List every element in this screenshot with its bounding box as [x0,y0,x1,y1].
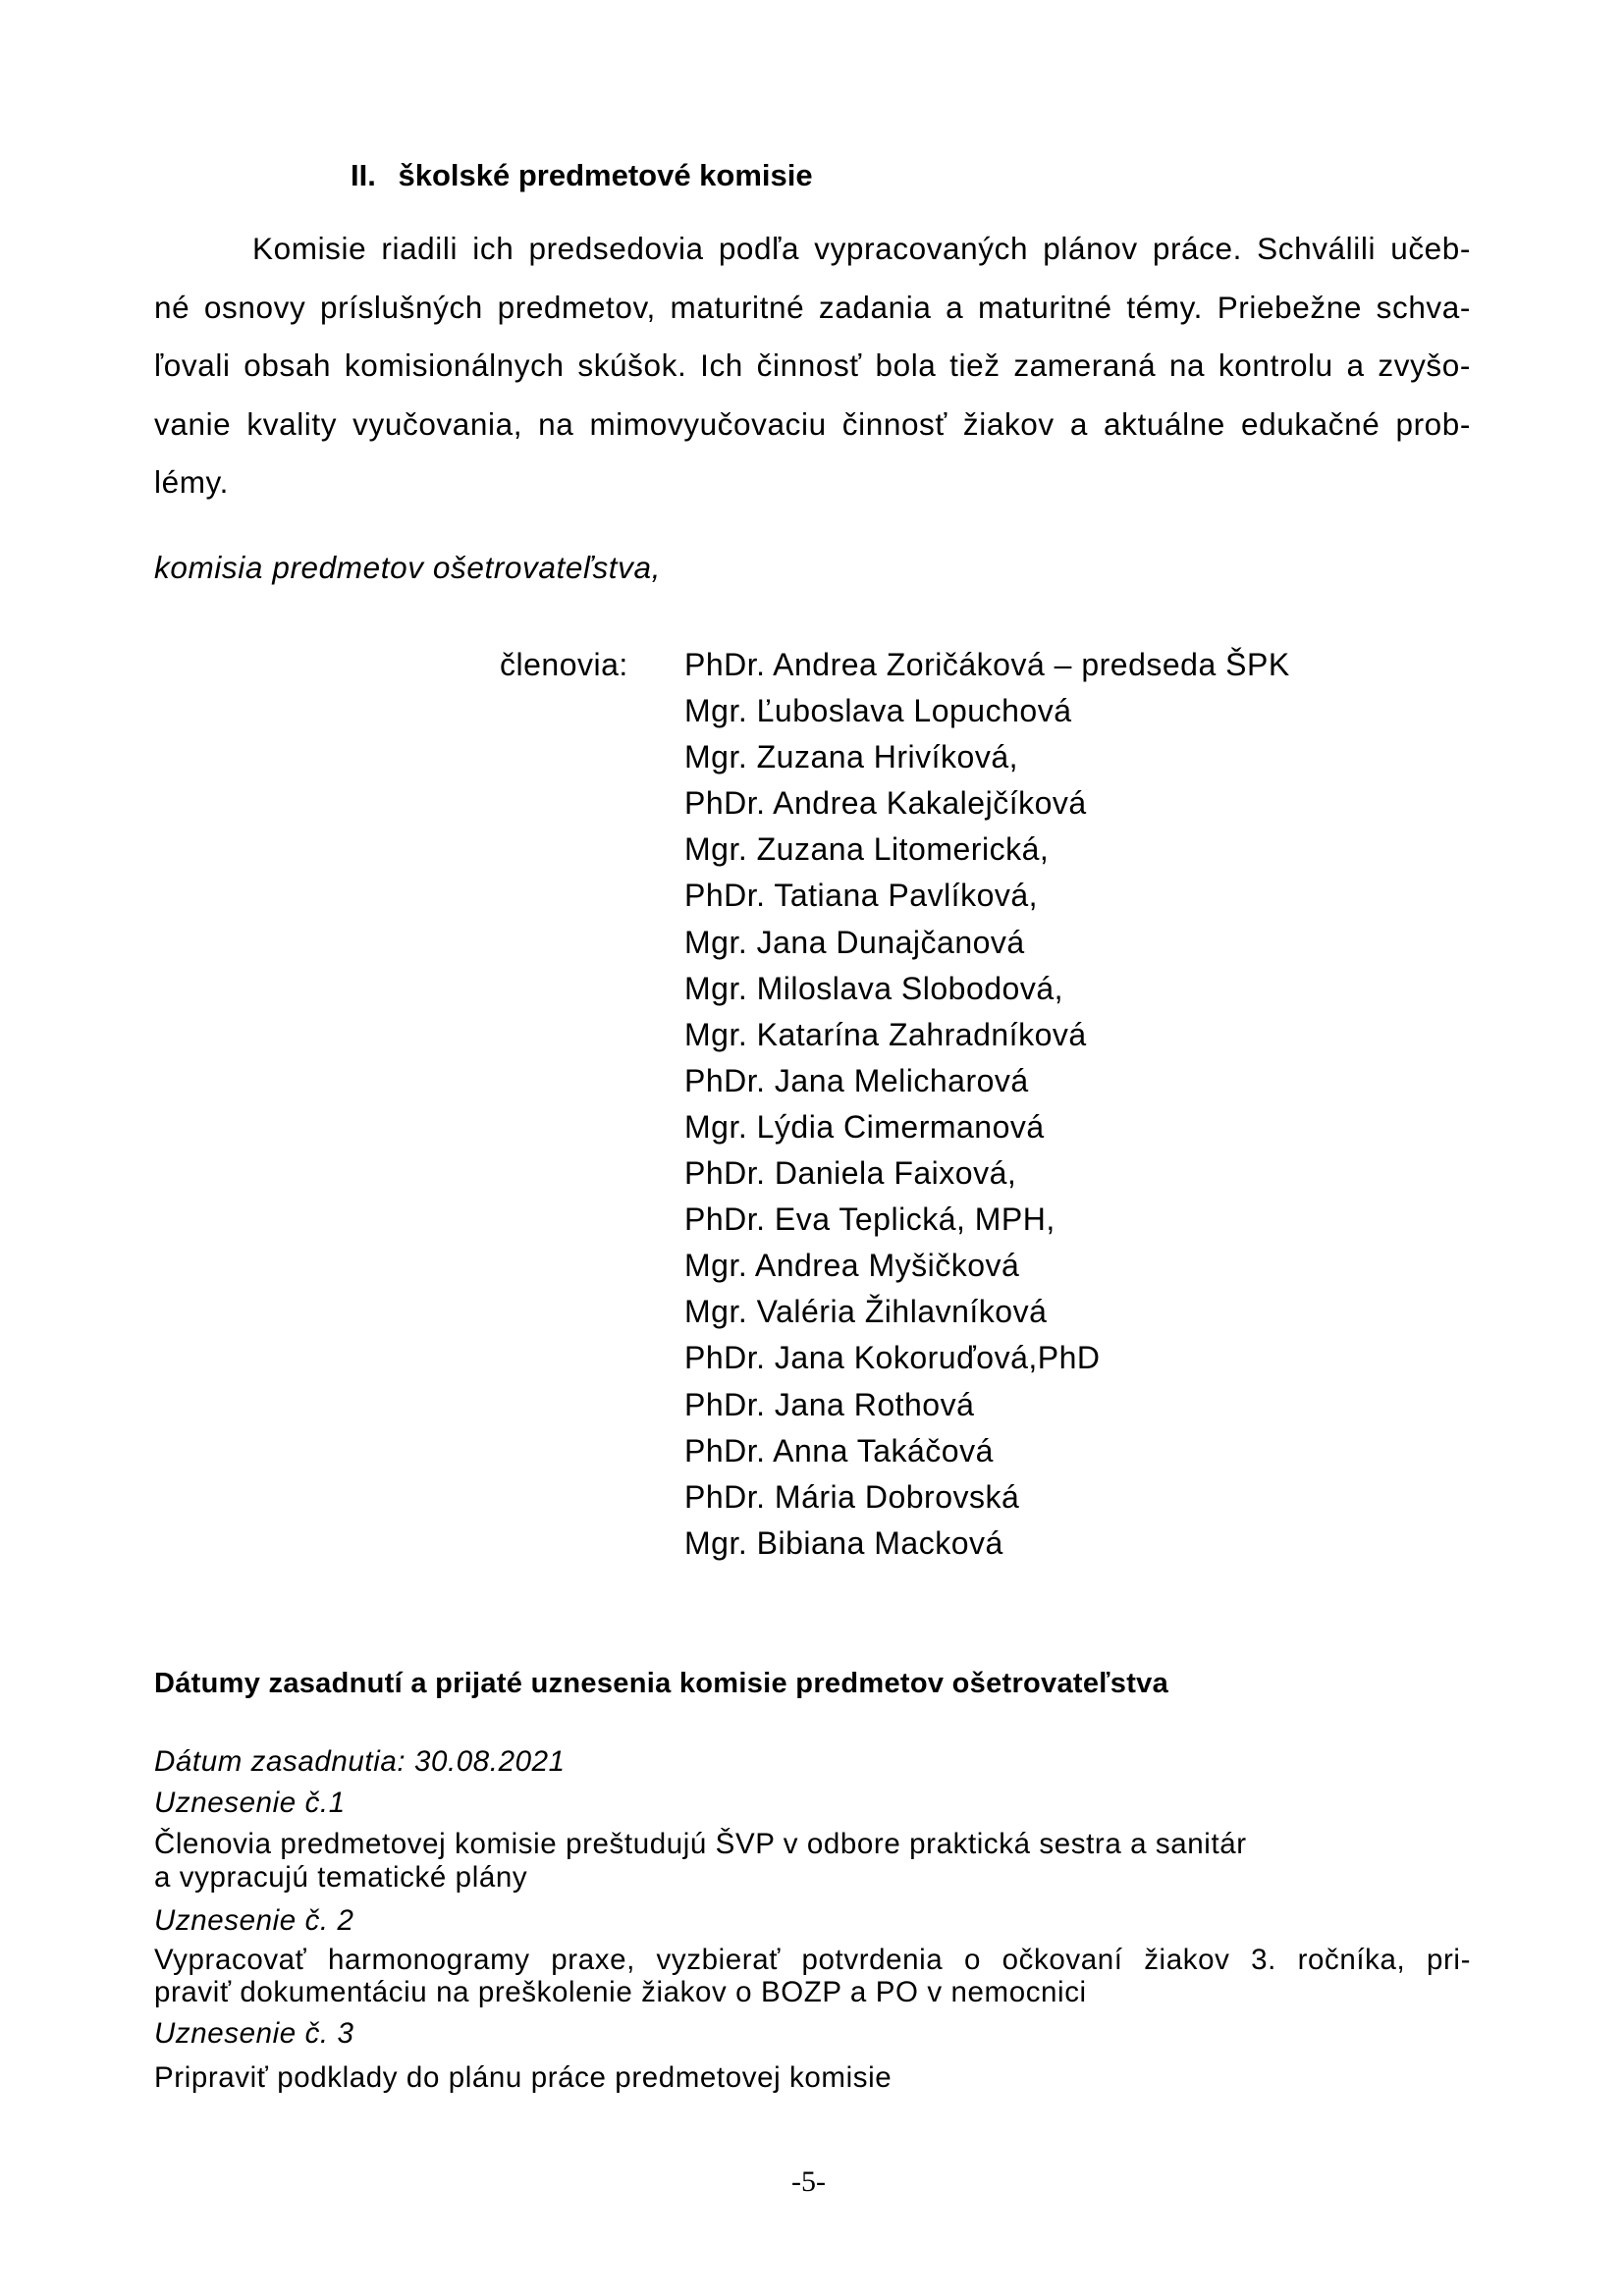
resolution-label: Uznesenie č. 3 [154,2019,354,2049]
member-item: PhDr. Daniela Faixová, [684,1157,1290,1203]
member-item: Mgr. Katarína Zahradníková [684,1019,1290,1065]
member-item: PhDr. Andrea Zoričáková – predseda ŠPK [684,649,1290,695]
resolution-text: praviť dokumentáciu na preškolenie žiako… [154,1978,1087,2007]
member-item: PhDr. Andrea Kakalejčíková [684,787,1290,833]
intro-line: ľovali obsah komisionálnych skúšok. Ich … [154,337,1471,396]
member-item: Mgr. Miloslava Slobodová, [684,973,1290,1019]
resolution-label: Uznesenie č. 2 [154,1906,354,1936]
member-item: Mgr. Andrea Myšičková [684,1250,1290,1296]
member-item: Mgr. Bibiana Macková [684,1527,1290,1574]
page-number: -5- [791,2167,826,2197]
intro-line: né osnovy príslušných predmetov, maturit… [154,279,1471,338]
members-label: členovia: [500,649,628,680]
resolutions-heading: Dátumy zasadnutí a prijaté uznesenia kom… [154,1670,1168,1698]
resolution-label: Uznesenie č.1 [154,1789,346,1818]
member-item: PhDr. Tatiana Pavlíková, [684,880,1290,926]
resolution-text: Členovia predmetovej komisie preštudujú … [154,1830,1247,1859]
member-item: Mgr. Jana Dunajčanová [684,927,1290,973]
committee-name: komisia predmetov ošetrovateľstva, [154,553,661,584]
intro-line: lémy. [154,454,1471,512]
member-item: Mgr. Ľuboslava Lopuchová [684,695,1290,741]
intro-line: vanie kvality vyučovania, na mimovyučova… [154,396,1471,454]
member-item: PhDr. Jana Melicharová [684,1065,1290,1111]
members-list: PhDr. Andrea Zoričáková – predseda ŠPK M… [684,649,1290,1574]
member-item: Mgr. Zuzana Hrivíková, [684,741,1290,787]
member-item: PhDr. Mária Dobrovská [684,1481,1290,1527]
section-title: školské predmetové komisie [398,158,812,192]
document-page: II. školské predmetové komisie Komisie r… [0,0,1624,2296]
member-item: PhDr. Eva Teplická, MPH, [684,1203,1290,1250]
member-item: Mgr. Lýdia Cimermanová [684,1111,1290,1157]
section-number: II. [351,158,376,192]
member-item: Mgr. Zuzana Litomerická, [684,833,1290,880]
section-heading: II. školské predmetové komisie [351,160,813,190]
intro-line: Komisie riadili ich predsedovia podľa vy… [154,220,1471,279]
member-item: PhDr. Anna Takáčová [684,1435,1290,1481]
member-item: PhDr. Jana Rothová [684,1389,1290,1435]
intro-paragraph: Komisie riadili ich predsedovia podľa vy… [154,220,1471,512]
member-item: Mgr. Valéria Žihlavníková [684,1296,1290,1342]
resolution-text: a vypracujú tematické plány [154,1863,527,1893]
resolution-text: Pripraviť podklady do plánu práce predme… [154,2063,892,2093]
member-item: PhDr. Jana Kokoruďová,PhD [684,1342,1290,1388]
meeting-date: Dátum zasadnutia: 30.08.2021 [154,1747,566,1777]
resolution-text: Vypracovať harmonogramy praxe, vyzbierať… [154,1946,1471,1975]
